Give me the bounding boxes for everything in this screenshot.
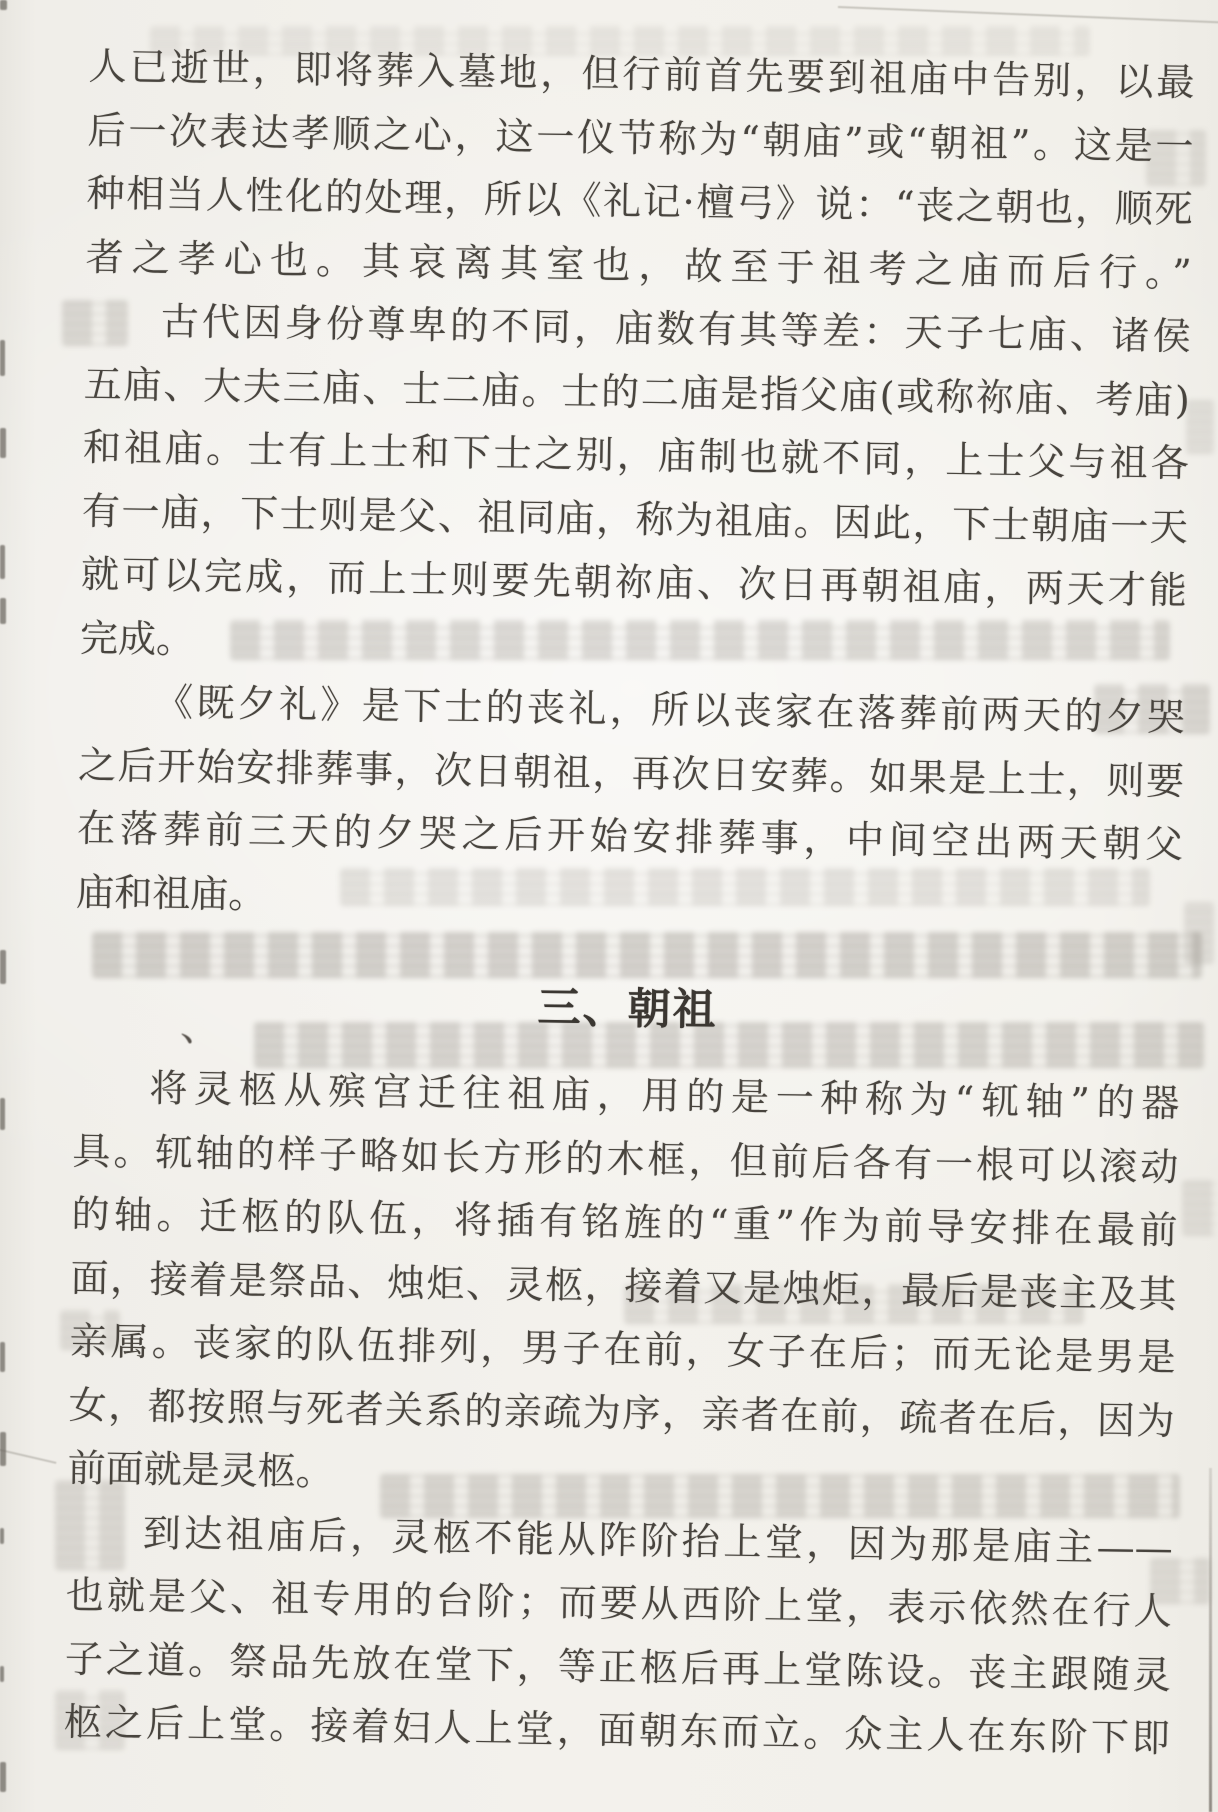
page-edge-mark (0, 1342, 5, 1372)
scan-crease-line (838, 6, 1218, 24)
page-edge-mark (0, 950, 6, 984)
page-edge-mark (0, 340, 5, 376)
page-text-block: 人已逝世，即将葬入墓地，但行前首先要到祖庙中告别，以最 后一次表达孝顺之心，这一… (63, 35, 1194, 1771)
section-heading: 三、朝祖 (74, 968, 1181, 1050)
bleedthrough-artifact (1184, 902, 1214, 964)
adjacent-page-edge-line (1209, 1468, 1212, 1812)
stray-punctuation-mark: 、 (180, 995, 220, 1052)
scan-crease-line (0, 1448, 56, 1464)
page-edge-mark (0, 1528, 4, 1544)
paragraph-4: 将灵柩从殡宫迁往祖庙，用的是一种称为“𫐄轴”的器 具。𫐄轴的样子略如长方形的木框… (67, 1056, 1179, 1517)
page-edge-mark (0, 428, 6, 458)
page-edge-mark (0, 0, 7, 10)
page-edge-mark (0, 1432, 6, 1466)
bleedthrough-artifact (1186, 400, 1214, 454)
paragraph-2: 古代因身份尊卑的不同，庙数有其等差：天子七庙、诸侯 五庙、大夫三庙、士二庙。士的… (80, 289, 1192, 686)
paragraph-3: 《既夕礼》是下士的丧礼，所以丧家在落葬前两天的夕哭 之后开始安排葬事，次日朝祖，… (76, 670, 1186, 940)
paragraph-1: 人已逝世，即将葬入墓地，但行前首先要到祖庙中告别，以最 后一次表达孝顺之心，这一… (85, 35, 1195, 305)
scanned-book-page: 人已逝世，即将葬入墓地，但行前首先要到祖庙中告别，以最 后一次表达孝顺之心，这一… (0, 0, 1218, 1812)
bleedthrough-artifact (1182, 1180, 1216, 1236)
paragraph-5: 到达祖庙后，灵柩不能从阼阶抬上堂，因为那是庙主—— 也就是父、祖专用的台阶；而要… (63, 1500, 1173, 1770)
page-edge-mark (0, 545, 5, 579)
page-edge-mark (0, 1762, 6, 1792)
page-edge-mark (0, 598, 6, 624)
page-edge-mark (0, 1666, 4, 1682)
page-edge-mark (0, 1098, 5, 1130)
